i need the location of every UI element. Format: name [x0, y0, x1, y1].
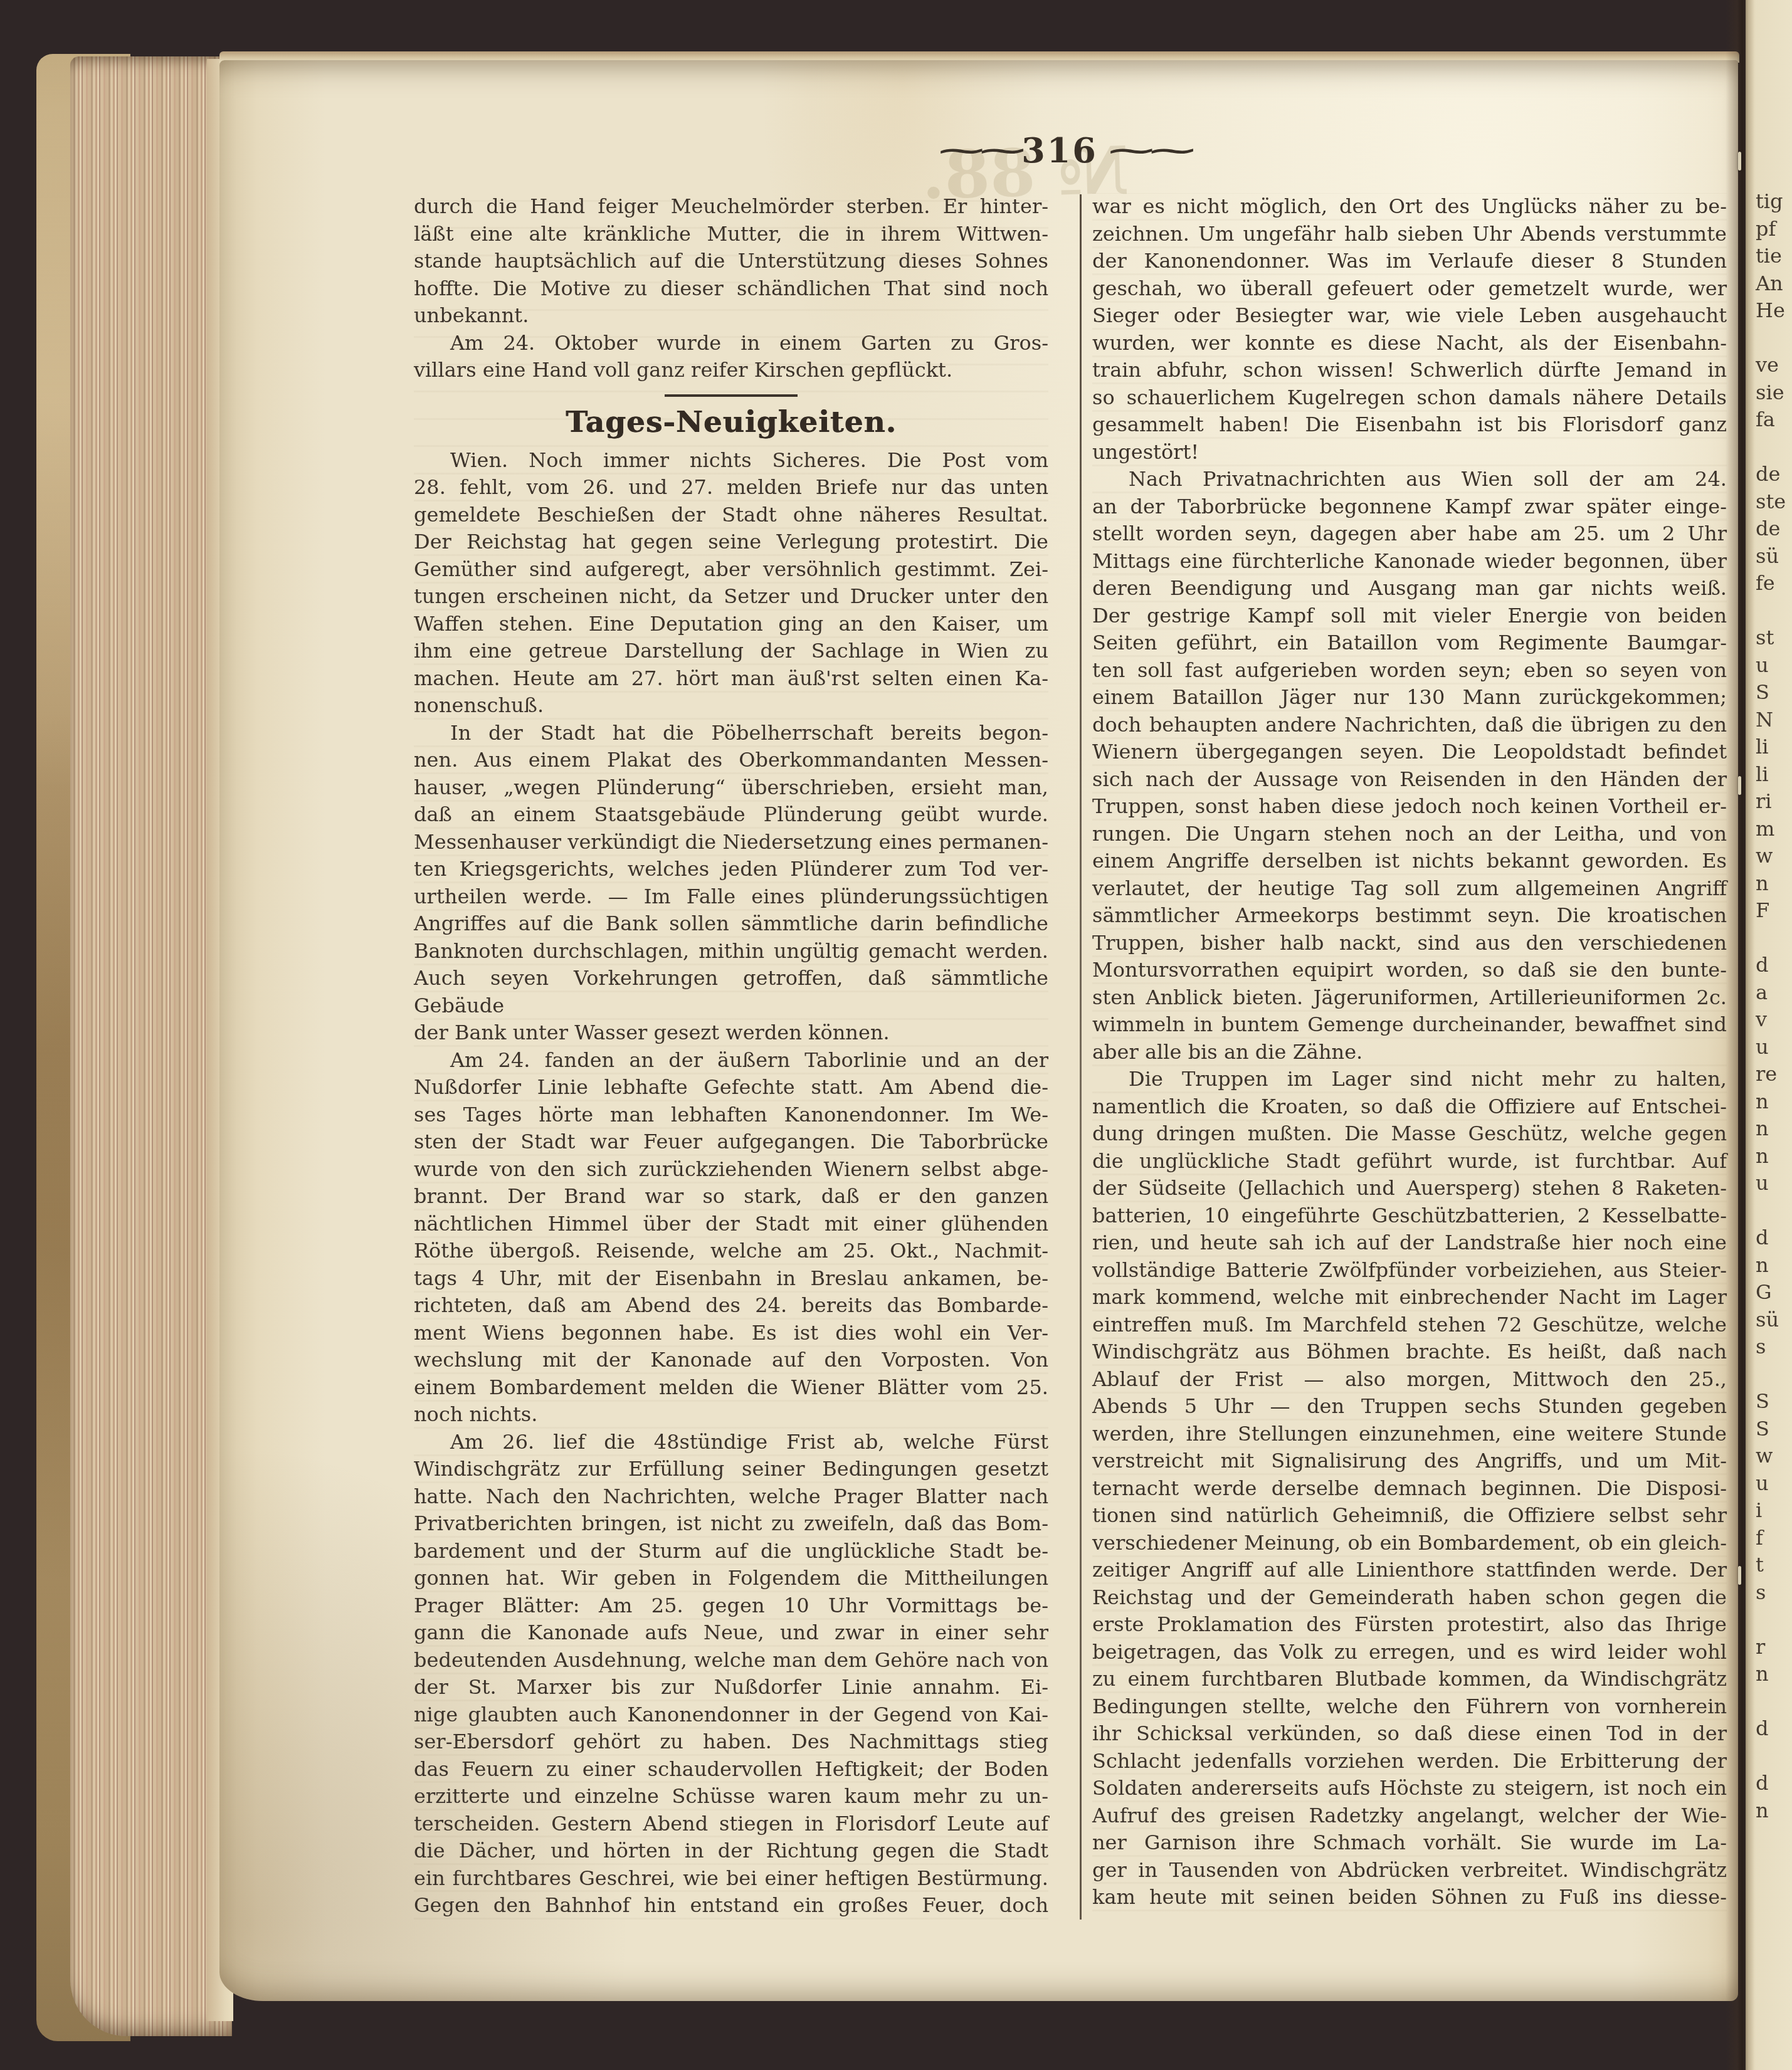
page-number: 316: [1021, 130, 1098, 171]
text-line: kam heute mit seinen beiden Söhnen zu Fu…: [1092, 1884, 1727, 1911]
fragment-line: n: [1756, 1661, 1792, 1688]
text-line: Montursvorrathen equipirt worden, so daß…: [1092, 957, 1727, 984]
text-line: Soldaten andererseits aufs Höchste zu st…: [1092, 1775, 1727, 1802]
text-line: nige glaubten auch Kanonendonner in der …: [414, 1701, 1048, 1729]
fragment-line: n: [1756, 1143, 1792, 1170]
text-line: urtheilen werde. — Im Falle eines plünde…: [414, 883, 1048, 911]
fragment-line: re: [1756, 1061, 1792, 1088]
fragment-line: t: [1756, 1552, 1792, 1579]
fragment-line: d: [1756, 1224, 1792, 1252]
text-line: rungen. Die Ungarn stehen noch an der Le…: [1092, 821, 1727, 848]
text-line: Truppen, sonst haben diese jedoch noch k…: [1092, 793, 1727, 821]
text-line: Angriffes auf die Bank sollen sämmtliche…: [414, 910, 1048, 938]
text-line: Ablauf der Frist — also morgen, Mittwoch…: [1092, 1366, 1727, 1394]
text-line: hauser, „wegen Plünderung“ überschrieben…: [414, 774, 1048, 802]
fragment-line: u: [1756, 1470, 1792, 1498]
text-line: machen. Heute am 27. hört man äuß'rst se…: [414, 665, 1048, 693]
text-line: erzitterte und einzelne Schüsse waren ka…: [414, 1783, 1048, 1810]
fragment-line: ri: [1756, 788, 1792, 816]
text-line: so schauerlichem Kugelregen schon damals…: [1092, 384, 1727, 412]
text-line: batterien, 10 eingeführte Geschützbatter…: [1092, 1202, 1727, 1230]
text-line: ment Wiens begonnen habe. Es ist dies wo…: [414, 1320, 1048, 1347]
binding-stitch: [1738, 152, 1741, 171]
fragment-line: w: [1756, 1442, 1792, 1470]
text-line: Der Reichstag hat gegen seine Verlegung …: [414, 528, 1048, 556]
fragment-line: fa: [1756, 406, 1792, 434]
text-line: sten der Stadt war Feuer aufgegangen. Di…: [414, 1128, 1048, 1156]
text-line: train abfuhr, schon wissen! Schwerlich d…: [1092, 357, 1727, 384]
text-line: bedeutenden Ausdehnung, welche man dem G…: [414, 1647, 1048, 1674]
fragment-line: [1756, 434, 1792, 461]
fragment-line: d: [1756, 1715, 1792, 1743]
text-line: verlautet, der heutige Tag soll zum allg…: [1092, 875, 1727, 903]
text-line: sich nach der Aussage von Reisenden in d…: [1092, 766, 1727, 794]
fragment-line: v: [1756, 1006, 1792, 1034]
fragment-line: sie: [1756, 379, 1792, 407]
fragment-line: G: [1756, 1279, 1792, 1306]
fragment-line: F: [1756, 897, 1792, 925]
fragment-line: d: [1756, 1770, 1792, 1797]
fragment-line: st: [1756, 624, 1792, 652]
text-line: brannt. Der Brand war so stark, daß er d…: [414, 1183, 1048, 1211]
text-line: dung dringen mußten. Die Masse Geschütz,…: [1092, 1120, 1727, 1148]
text-line: Truppen, bisher halb nackt, sind aus den…: [1092, 930, 1727, 957]
binding-stitch: [1738, 1566, 1741, 1585]
text-line: deren Beendigung und Ausgang man gar nic…: [1092, 575, 1727, 602]
text-line: tungen erscheinen nicht, da Setzer und D…: [414, 583, 1048, 611]
text-line: Waffen stehen. Eine Deputation ging an d…: [414, 611, 1048, 638]
text-line: Schlacht jedenfalls vorziehen werden. Di…: [1092, 1748, 1727, 1775]
text-line: die unglückliche Stadt geführt wurde, is…: [1092, 1148, 1727, 1175]
text-line: zeichnen. Um ungefähr halb sieben Uhr Ab…: [1092, 221, 1727, 248]
page-header: ~~316~~: [928, 130, 1191, 171]
fragment-line: [1756, 1361, 1792, 1389]
fragment-line: N: [1756, 707, 1792, 734]
text-line: nen. Aus einem Plakat des Oberkommandant…: [414, 747, 1048, 774]
text-line: ungestört!: [1092, 439, 1727, 466]
text-line: mark kommend, welche mit einbrechender N…: [1092, 1284, 1727, 1311]
text-line: Wienern übergegangen seyen. Die Leopolds…: [1092, 738, 1727, 766]
text-line: richteten, daß am Abend des 24. bereits …: [414, 1292, 1048, 1320]
text-line: erste Proklamation des Fürsten protestir…: [1092, 1611, 1727, 1639]
text-line: Bedingungen stellte, welche den Führern …: [1092, 1693, 1727, 1721]
text-line: Banknoten durchschlagen, mithin ungültig…: [414, 938, 1048, 965]
fragment-line: de: [1756, 515, 1792, 543]
text-line: Nach Privatnachrichten aus Wien soll der…: [1092, 466, 1727, 493]
fragment-line: n: [1756, 870, 1792, 898]
fragment-line: li: [1756, 761, 1792, 789]
text-line: hoffte. Die Motive zu dieser schändliche…: [414, 275, 1048, 303]
text-line: ihm eine getreue Darstellung der Sachlag…: [414, 638, 1048, 665]
book-scan-scene: № 88. ~~316~~ durch die Hand feiger Meuc…: [0, 0, 1792, 2070]
text-line: Privatberichten bringen, ist nicht zu zw…: [414, 1510, 1048, 1538]
text-line: einem Bataillon Jäger nur 130 Mann zurüc…: [1092, 684, 1727, 712]
fragment-line: n: [1756, 1252, 1792, 1279]
text-line: Am 24. fanden an der äußern Taborlinie u…: [414, 1047, 1048, 1074]
fragment-line: [1756, 1606, 1792, 1634]
text-line: Abends 5 Uhr — den Truppen sechs Stunden…: [1092, 1393, 1727, 1421]
fragment-line: S: [1756, 1388, 1792, 1416]
fragment-line: u: [1756, 1170, 1792, 1197]
fragment-line: n: [1756, 1088, 1792, 1116]
text-line: der Südseite (Jellachich und Auersperg) …: [1092, 1175, 1727, 1202]
text-line: Nußdorfer Linie lebhafte Gefechte statt.…: [414, 1074, 1048, 1101]
text-line: läßt eine alte kränkliche Mutter, die in…: [414, 221, 1048, 248]
text-line: zeitiger Angriff auf alle Linienthore st…: [1092, 1557, 1727, 1584]
text-line: In der Stadt hat die Pöbelherrschaft ber…: [414, 720, 1048, 747]
right-column: war es nicht möglich, den Ort des Unglüc…: [1092, 193, 1727, 1911]
fragment-line: S: [1756, 679, 1792, 707]
text-line: gann die Kanonade aufs Neue, und zwar in…: [414, 1619, 1048, 1647]
text-line: Windischgrätz aus Böhmen brachte. Es hei…: [1092, 1338, 1727, 1366]
text-line: sten Anblick bieten. Jägeruniformen, Art…: [1092, 984, 1727, 1012]
text-line: namentlich die Kroaten, so daß die Offiz…: [1092, 1093, 1727, 1121]
fragment-line: s: [1756, 1579, 1792, 1607]
fragment-line: S: [1756, 1416, 1792, 1443]
text-line: nonenschuß.: [414, 692, 1048, 720]
fragment-line: m: [1756, 816, 1792, 843]
fragment-line: [1756, 925, 1792, 952]
text-line: Gegen den Bahnhof hin entstand ein große…: [414, 1892, 1048, 1920]
text-line: Wien. Noch immer nichts Sicheres. Die Po…: [414, 447, 1048, 475]
text-line: der St. Marxer bis zur Nußdorfer Linie a…: [414, 1674, 1048, 1701]
fragment-line: li: [1756, 733, 1792, 761]
text-line: ger in Tausenden von Abdrücken verbreite…: [1092, 1857, 1727, 1884]
fragment-line: s: [1756, 1333, 1792, 1361]
text-line: gonnen hat. Wir geben in Folgendem die M…: [414, 1565, 1048, 1592]
header-flourish-left: ~~: [934, 135, 1016, 166]
section-rule: [665, 394, 798, 397]
text-line: einem Bombardement melden die Wiener Blä…: [414, 1374, 1048, 1402]
text-line: war es nicht möglich, den Ort des Unglüc…: [1092, 193, 1727, 221]
text-line: Röthe übergoß. Reisende, welche am 25. O…: [414, 1237, 1048, 1265]
text-line: Die Truppen im Lager sind nicht mehr zu …: [1092, 1066, 1727, 1093]
fragment-line: [1756, 1743, 1792, 1770]
text-line: an der Taborbrücke begonnene Kampf zwar …: [1092, 493, 1727, 521]
fragment-line: f: [1756, 1525, 1792, 1552]
text-line: ihr Schicksal verkünden, so daß diese ei…: [1092, 1720, 1727, 1748]
text-line: noch nichts.: [414, 1401, 1048, 1429]
left-column-bottom-blocks: Wien. Noch immer nichts Sicheres. Die Po…: [414, 447, 1048, 1920]
text-line: ten soll fast aufgerieben worden seyn; e…: [1092, 657, 1727, 685]
text-line: geschah, wo überall gefeuert oder gemetz…: [1092, 275, 1727, 303]
text-line: Seiten geführt, ein Bataillon vom Regime…: [1092, 629, 1727, 657]
fragment-line: [1756, 597, 1792, 625]
text-line: Reichstag und der Gemeinderath haben sch…: [1092, 1584, 1727, 1612]
text-line: die Dächer, und hörten in der Richtung g…: [414, 1837, 1048, 1865]
text-line: rien, und heute sah ich auf der Landstra…: [1092, 1229, 1727, 1257]
text-line: durch die Hand feiger Meuchelmörder ster…: [414, 193, 1048, 221]
text-line: wurde von den sich zurückziehenden Wiene…: [414, 1156, 1048, 1184]
fragment-line: pf: [1756, 216, 1792, 243]
fragment-line: fe: [1756, 570, 1792, 597]
fragment-line: i: [1756, 1497, 1792, 1525]
text-line: vollständige Batterie Zwölfpfünder vorbe…: [1092, 1257, 1727, 1285]
text-line: verschiedener Meinung, ob ein Bombardeme…: [1092, 1530, 1727, 1557]
text-line: ner Garnison ihre Schmach vorhält. Sie w…: [1092, 1829, 1727, 1857]
text-line: wurden, wer konnte es diese Nacht, als d…: [1092, 330, 1727, 357]
fragment-line: a: [1756, 979, 1792, 1007]
text-line: wimmeln in buntem Gemenge durcheinander,…: [1092, 1011, 1727, 1039]
fragment-line: tig: [1756, 188, 1792, 216]
fragment-line: ste: [1756, 488, 1792, 516]
fragment-line: tie: [1756, 243, 1792, 270]
text-line: verstreicht mit Signalisirung des Angrif…: [1092, 1447, 1727, 1475]
fragment-line: [1756, 1688, 1792, 1716]
text-line: Windischgrätz zur Erfüllung seiner Bedin…: [414, 1456, 1048, 1483]
text-line: gesammelt haben! Die Eisenbahn ist bis F…: [1092, 411, 1727, 439]
fragment-line: w: [1756, 843, 1792, 870]
text-line: Auch seyen Vorkehrungen getroffen, daß s…: [414, 965, 1048, 1019]
fragment-line: u: [1756, 1034, 1792, 1061]
text-line: stellt worden seyn, dagegen aber habe am…: [1092, 520, 1727, 548]
fragment-line: ve: [1756, 352, 1792, 379]
binding-stitch: [1738, 776, 1741, 795]
fragment-line: [1756, 1197, 1792, 1225]
text-line: Der gestrige Kampf soll mit vieler Energ…: [1092, 602, 1727, 630]
text-line: Sieger oder Besiegter war, wie viele Leb…: [1092, 302, 1727, 330]
fragment-line: r: [1756, 1634, 1792, 1661]
text-line: 28. fehlt, vom 26. und 27. melden Briefe…: [414, 474, 1048, 502]
fragment-line: n: [1756, 1797, 1792, 1825]
text-line: zu einem furchtbaren Blutbade kommen, da…: [1092, 1666, 1727, 1693]
text-line: eintreffen muß. Im Marchfeld stehen 72 G…: [1092, 1311, 1727, 1339]
text-line: unbekannt.: [414, 302, 1048, 330]
left-column-top-blocks: durch die Hand feiger Meuchelmörder ster…: [414, 193, 1048, 384]
text-line: stande hauptsächlich auf die Unterstützu…: [414, 248, 1048, 275]
text-line: terscheiden. Gestern Abend stiegen in Fl…: [414, 1810, 1048, 1838]
text-line: nächtlichen Himmel über der Stadt mit ei…: [414, 1211, 1048, 1238]
fragment-line: He: [1756, 297, 1792, 325]
text-line: Am 26. lief die 48stündige Frist ab, wel…: [414, 1429, 1048, 1456]
text-line: einem Angriffe derselben ist nichts beka…: [1092, 848, 1727, 875]
text-line: der Kanonendonner. Was im Verlaufe diese…: [1092, 248, 1727, 275]
text-line: Gemüther sind aufgeregt, aber versöhnlic…: [414, 556, 1048, 584]
fragment-line: u: [1756, 652, 1792, 680]
text-line: tags 4 Uhr, mit der Eisenbahn in Breslau…: [414, 1265, 1048, 1293]
text-line: ternacht werde derselbe demnach beginnen…: [1092, 1475, 1727, 1503]
fragment-line: sü: [1756, 1306, 1792, 1334]
binding-gutter: [1726, 0, 1754, 2070]
column-divider-rule: [1080, 194, 1082, 1920]
text-line: werden, ihre Stellungen einzunehmen, ein…: [1092, 1421, 1727, 1448]
section-heading: Tages-Neuigkeiten.: [414, 403, 1048, 442]
text-line: der Bank unter Wasser gesezt werden könn…: [414, 1019, 1048, 1047]
text-line: Aufruf des greisen Radetzky angelangt, w…: [1092, 1802, 1727, 1830]
fragment-line: d: [1756, 952, 1792, 979]
text-line: daß an einem Staatsgebäude Plünderung ge…: [414, 801, 1048, 829]
text-line: ser-Ebersdorf gehört zu haben. Des Nachm…: [414, 1728, 1048, 1756]
text-line: hatte. Nach den Nachrichten, welche Prag…: [414, 1483, 1048, 1511]
text-line: gemeldete Beschießen der Stadt ohne nähe…: [414, 502, 1048, 529]
text-line: beigetragen, das Volk zu erregen, und es…: [1092, 1639, 1727, 1666]
text-line: ten Kriegsgerichts, welches jeden Plünde…: [414, 856, 1048, 883]
text-line: ein furchtbares Geschrei, wie bei einer …: [414, 1865, 1048, 1893]
text-line: Am 24. Oktober wurde in einem Garten zu …: [414, 330, 1048, 357]
text-line: bardement und der Sturm auf die unglückl…: [414, 1538, 1048, 1565]
text-line: Mittags eine fürchterliche Kanonade wied…: [1092, 548, 1727, 575]
left-column: durch die Hand feiger Meuchelmörder ster…: [414, 193, 1048, 1920]
facing-page-text-fragments: tigpftieAnHe vesiefa destedesüfe stuSNli…: [1756, 188, 1792, 1824]
text-line: aber alle bis an die Zähne.: [1092, 1039, 1727, 1066]
text-line: ses Tages hörte man lebhaften Kanonendon…: [414, 1101, 1048, 1129]
text-line: das Feuern zu einer schaudervollen Hefti…: [414, 1756, 1048, 1784]
header-flourish-right: ~~: [1104, 135, 1186, 166]
fragment-line: de: [1756, 461, 1792, 488]
text-line: tionen sind natürlich Geheimniß, die Off…: [1092, 1502, 1727, 1530]
text-line: doch behaupten andere Nachrichten, daß d…: [1092, 712, 1727, 739]
fragment-line: n: [1756, 1115, 1792, 1143]
newspaper-page: № 88. ~~316~~ durch die Hand feiger Meuc…: [219, 60, 1738, 2001]
text-line: villars eine Hand voll ganz reifer Kirsc…: [414, 357, 1048, 384]
fragment-line: sü: [1756, 543, 1792, 570]
text-line: wechslung mit der Kanonade auf den Vorpo…: [414, 1347, 1048, 1374]
text-line: Messenhauser verkündigt die Niedersetzun…: [414, 829, 1048, 856]
fragment-line: [1756, 325, 1792, 352]
text-line: Prager Blätter: Am 25. gegen 10 Uhr Vorm…: [414, 1592, 1048, 1620]
text-line: sämmtlicher Armeekorps bestimmt seyn. Di…: [1092, 902, 1727, 930]
fragment-line: An: [1756, 270, 1792, 298]
